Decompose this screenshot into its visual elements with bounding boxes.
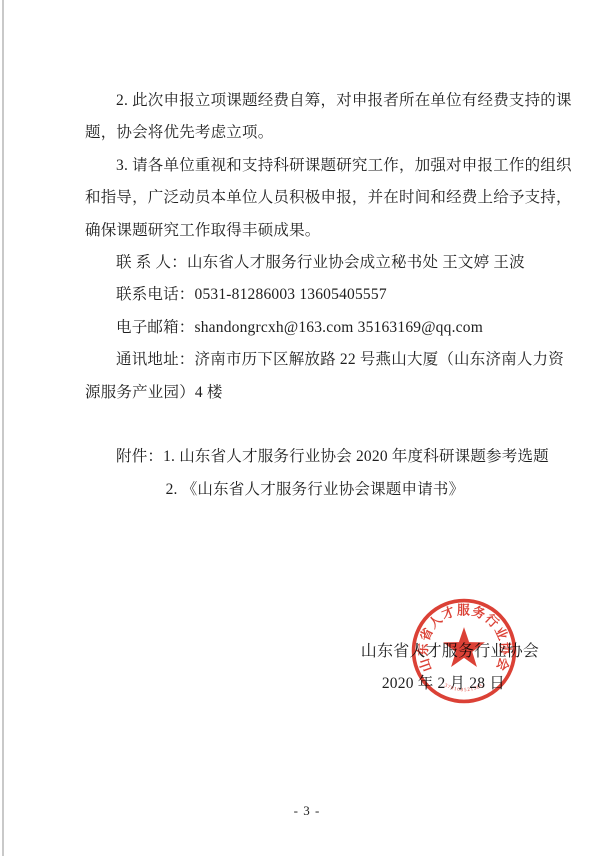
document-page: 2. 此次申报立项课题经费自筹，对申报者所在单位有经费支持的课 题，协会将优先考… — [0, 0, 614, 856]
page-edge-line — [2, 0, 4, 856]
attachment-line-2: 2. 《山东省人才服务行业协会课题申请书》 — [166, 474, 549, 506]
contact-person-line: 联 系 人：山东省人才服务行业协会成立秘书处 王文婷 王波 — [85, 247, 549, 279]
page-number: - 3 - — [0, 803, 614, 819]
contact-phone-line: 联系电话：0531-81286003 13605405557 — [85, 279, 549, 311]
contact-address-line: 通讯地址：济南市历下区解放路 22 号燕山大厦（山东济南人力资 — [85, 344, 549, 376]
paragraph-line: 3. 请各单位重视和支持科研课题研究工作，加强对申报工作的组织 — [85, 150, 549, 182]
attachment-line-1: 附件：1. 山东省人才服务行业协会 2020 年度科研课题参考选题 — [85, 441, 549, 473]
paragraph-line: 2. 此次申报立项课题经费自筹，对申报者所在单位有经费支持的课 — [85, 85, 549, 117]
signature-organization: 山东省人才服务行业协会 — [85, 636, 549, 668]
contact-address-line: 源服务产业园）4 楼 — [85, 377, 549, 409]
document-body: 2. 此次申报立项课题经费自筹，对申报者所在单位有经费支持的课 题，协会将优先考… — [85, 85, 549, 700]
paragraph-line: 确保课题研究工作取得丰硕成果。 — [85, 215, 549, 247]
paragraph-line: 题，协会将优先考虑立项。 — [85, 117, 549, 149]
paragraph-line: 和指导，广泛动员本单位人员积极申报，并在时间和经费上给予支持， — [85, 182, 549, 214]
contact-email-line: 电子邮箱：shandongrcxh@163.com 35163169@qq.co… — [85, 312, 549, 344]
signature-date: 2020 年 2 月 28 日 — [85, 668, 549, 700]
